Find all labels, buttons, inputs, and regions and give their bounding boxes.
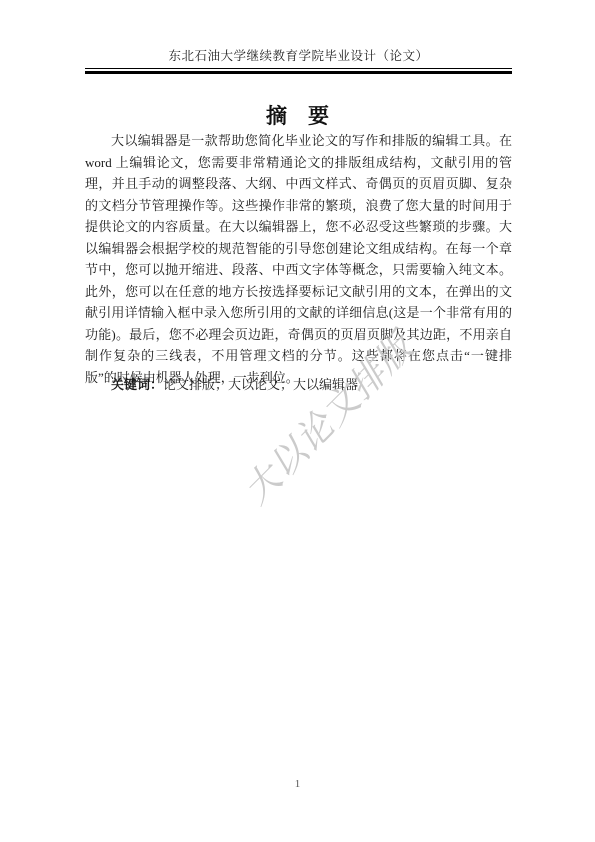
keywords-text: 论文排版；大以论文；大以编辑器: [163, 377, 358, 392]
keywords-label: 关键词：: [111, 377, 163, 392]
document-page: 东北石油大学继续教育学院毕业设计（论文） 摘 要 大以编辑器是一款帮助您简化毕业…: [0, 0, 595, 842]
header-rule-thick: [85, 71, 512, 74]
page-number: 1: [0, 778, 595, 790]
header-rule-thin: [85, 68, 512, 69]
abstract-paragraph: 大以编辑器是一款帮助您简化毕业论文的写作和排版的编辑工具。在 word 上编辑论…: [85, 130, 512, 388]
page-title: 摘 要: [0, 100, 595, 130]
running-header: 东北石油大学继续教育学院毕业设计（论文）: [85, 46, 512, 64]
keywords-line: 关键词：论文排版；大以论文；大以编辑器: [85, 374, 512, 396]
